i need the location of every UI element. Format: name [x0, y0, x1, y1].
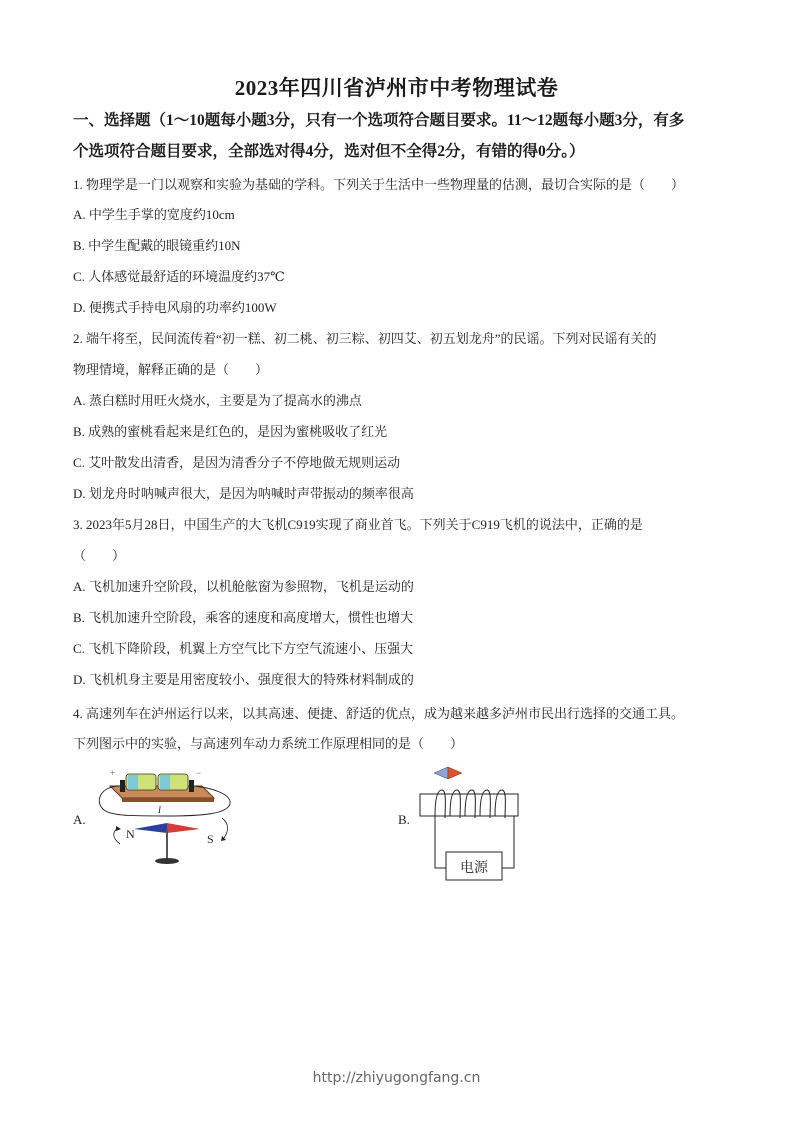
- question-2-option-d: D. 划龙舟时呐喊声很大，是因为呐喊时声带振动的频率很高: [73, 483, 414, 502]
- current-label: I: [157, 805, 162, 815]
- question-4-stem-line-2: 下列图示中的实验，与高速列车动力系统工作原理相同的是（ ）: [73, 733, 463, 752]
- section-heading-line-2: 个选项符合题目要求，全部选对得4分，选对但不全得2分，有错的得0分。）: [73, 139, 733, 161]
- question-2-option-a: A. 蒸白糕时用旺火烧水，主要是为了提高水的沸点: [73, 390, 362, 409]
- figure-b-label: B.: [398, 812, 410, 828]
- question-3-option-d: D. 飞机机身主要是用密度较小、强度很大的特殊材料制成的: [73, 669, 414, 688]
- question-3-option-a: A. 飞机加速升空阶段，以机舱舷窗为参照物，飞机是运动的: [73, 576, 414, 595]
- question-2-option-b: B. 成熟的蜜桃看起来是红色的，是因为蜜桃吸收了红光: [73, 421, 387, 440]
- question-2-stem-line-1: 2. 端午将至，民间流传着“初一糕、初二桃、初三粽、初四艾、初五划龙舟”的民谣。…: [73, 328, 657, 347]
- question-3-stem-line-2: （ ）: [73, 545, 125, 564]
- question-2-stem-line-2: 物理情境，解释正确的是（ ）: [73, 359, 268, 378]
- page-title: 2023年四川省泸州市中考物理试卷: [0, 72, 793, 102]
- question-1-stem: 1. 物理学是一门以观察和实验为基础的学科。下列关于生活中一些物理量的估测，最切…: [73, 174, 684, 193]
- figure-a-oersted-diagram: + − I N S: [92, 766, 242, 872]
- battery-plus-label: +: [110, 768, 115, 778]
- exam-page: 2023年四川省泸州市中考物理试卷 一、选择题（1～10题每小题3分，只有一个选…: [0, 0, 793, 1122]
- pole-s-label: S: [207, 832, 214, 846]
- question-3-stem-line-1: 3. 2023年5月28日，中国生产的大飞机C919实现了商业首飞。下列关于C9…: [73, 514, 643, 533]
- question-3-option-c: C. 飞机下降阶段，机翼上方空气比下方空气流速小、压强大: [73, 638, 413, 657]
- battery-minus-label: −: [196, 768, 201, 778]
- question-3-option-b: B. 飞机加速升空阶段，乘客的速度和高度增大，惯性也增大: [73, 607, 413, 626]
- figure-a-label: A.: [73, 812, 86, 828]
- question-2-option-c: C. 艾叶散发出清香，是因为清香分子不停地做无规则运动: [73, 452, 400, 471]
- question-4-stem-line-1: 4. 高速列车在泸州运行以来，以其高速、便捷、舒适的优点，成为越来越多泸州市民出…: [73, 703, 684, 722]
- power-source-label: 电源: [460, 859, 489, 876]
- question-1-option-d: D. 便携式手持电风扇的功率约100W: [73, 297, 277, 316]
- figure-b-electromagnet-diagram: 电源: [418, 760, 528, 882]
- pole-n-label: N: [126, 827, 135, 841]
- question-1-option-b: B. 中学生配戴的眼镜重约10N: [73, 235, 241, 254]
- question-1-option-c: C. 人体感觉最舒适的环境温度约37℃: [73, 266, 285, 285]
- section-heading-line-1: 一、选择题（1～10题每小题3分，只有一个选项符合题目要求。11～12题每小题3…: [73, 108, 733, 130]
- footer-url: http://zhiyugongfang.cn: [0, 1070, 793, 1086]
- question-1-option-a: A. 中学生手掌的宽度约10cm: [73, 204, 235, 223]
